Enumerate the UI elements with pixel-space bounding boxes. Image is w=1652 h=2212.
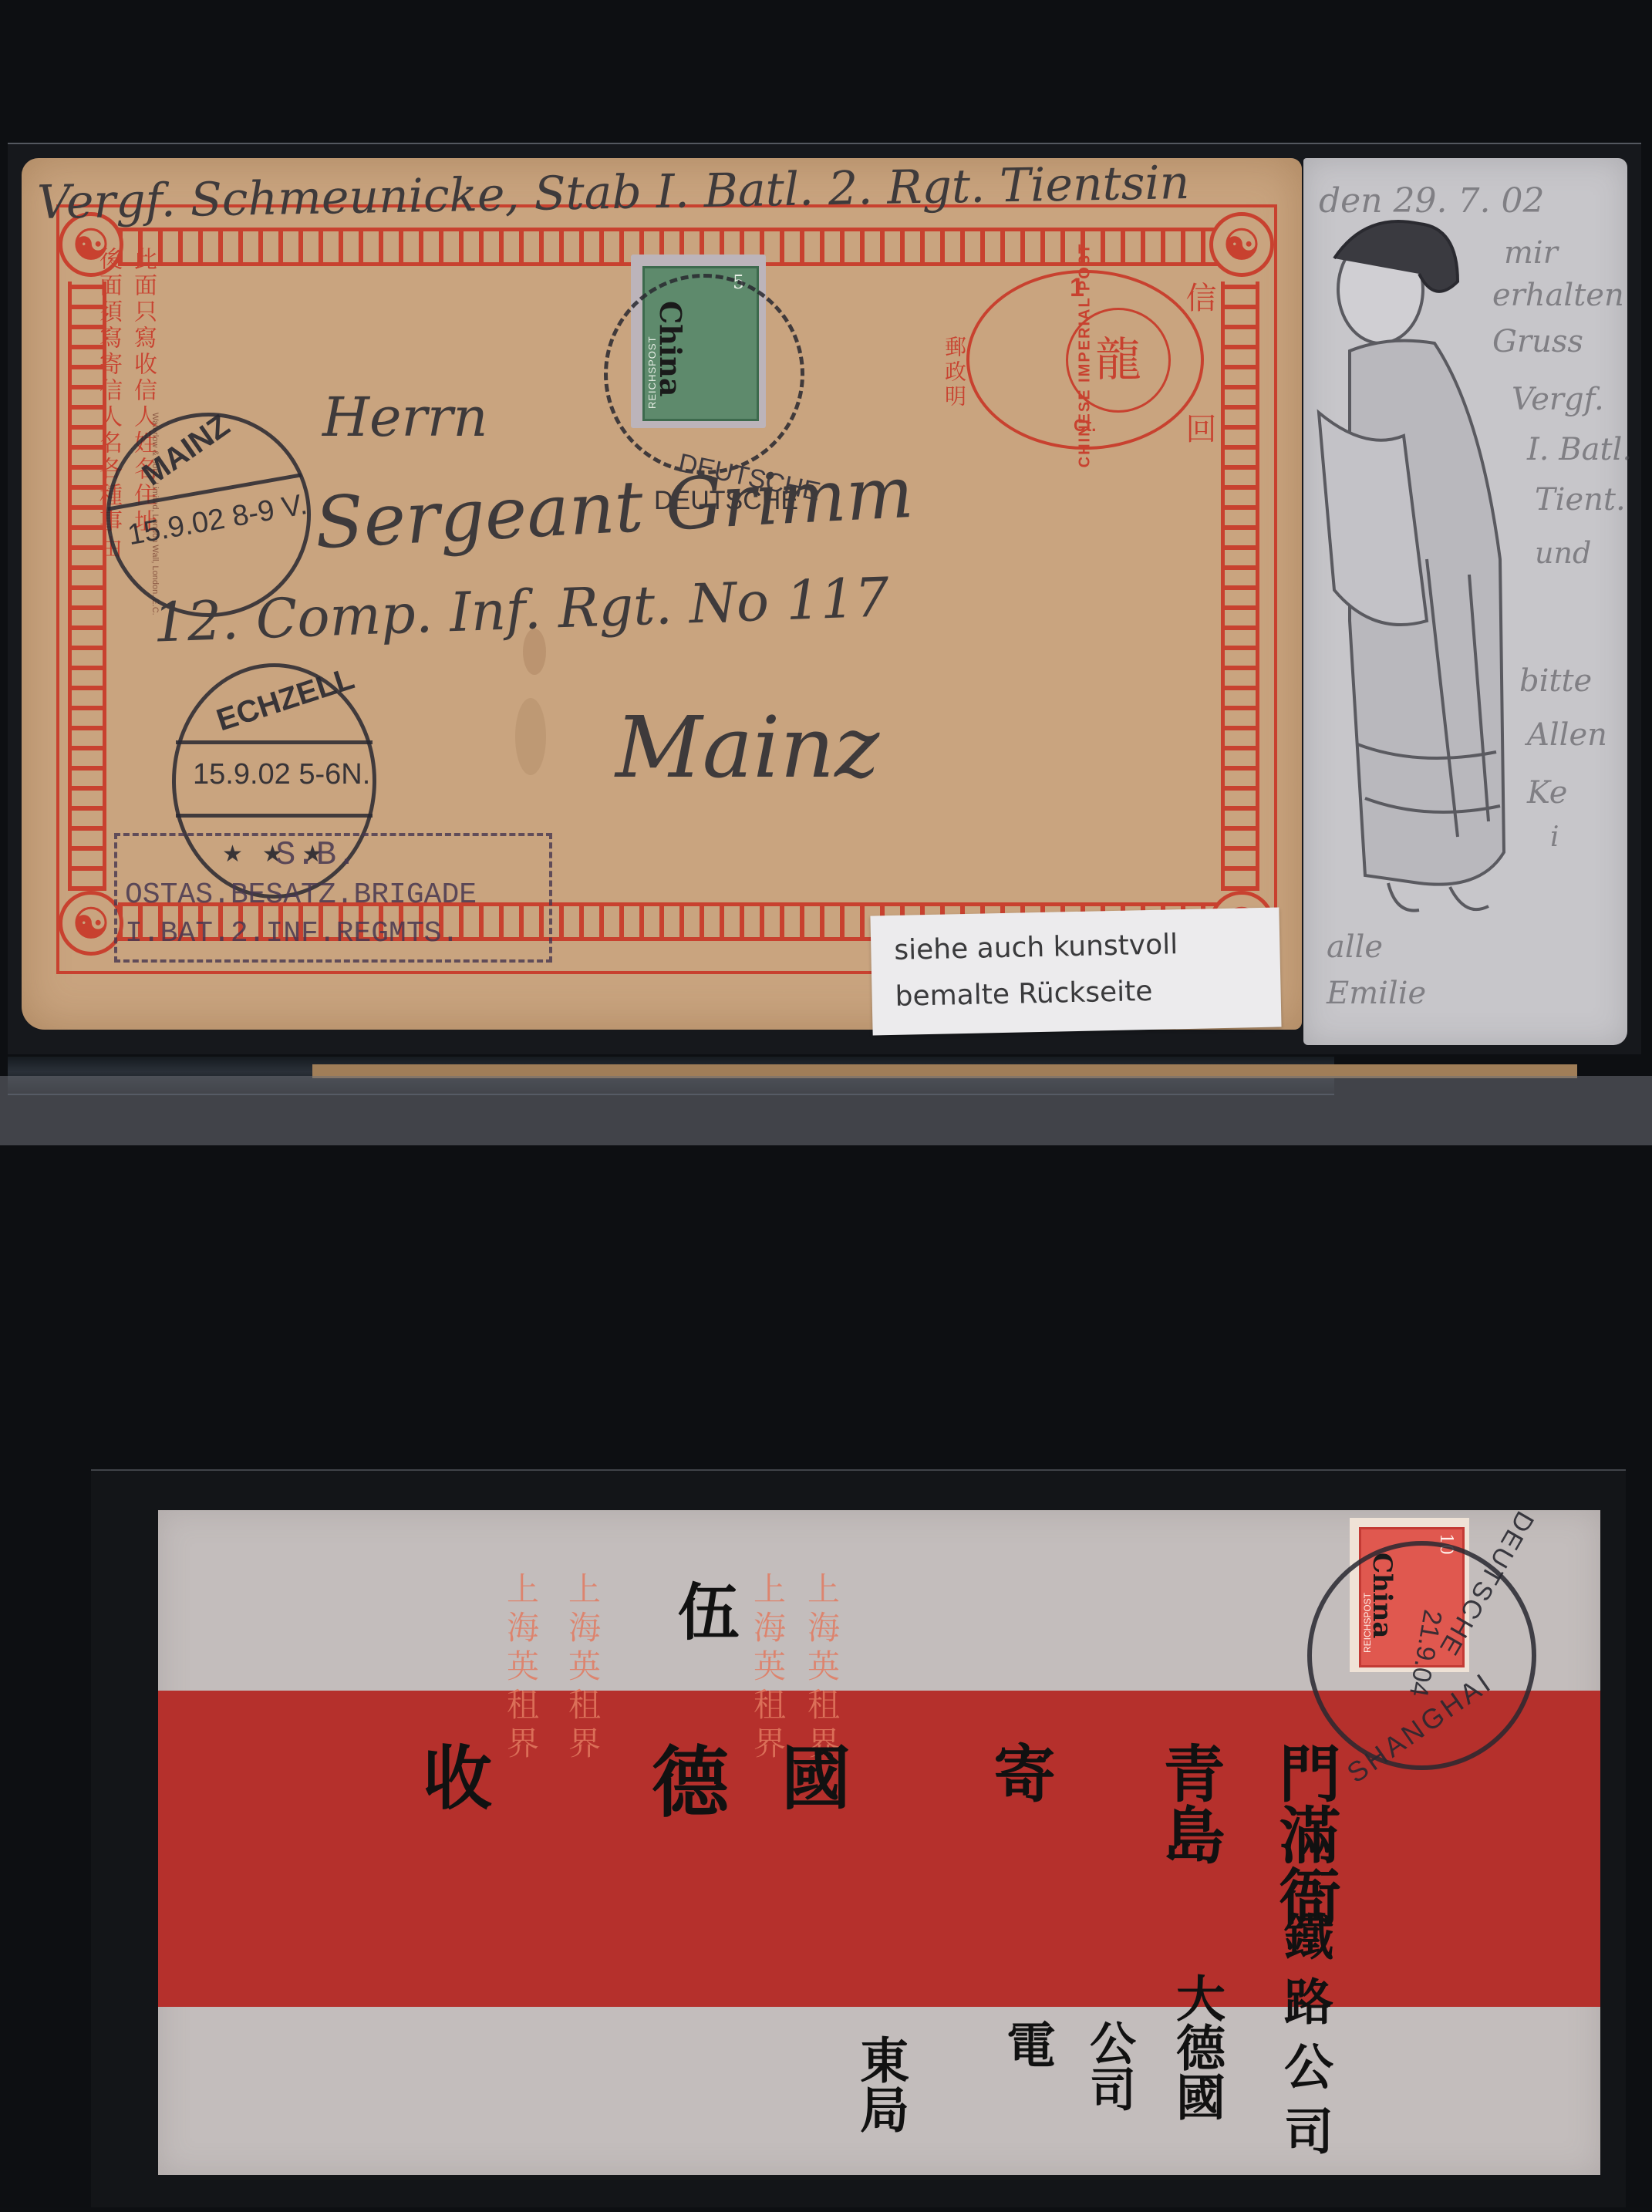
back-letter-line: erhalten bbox=[1492, 278, 1624, 313]
address-city: Mainz bbox=[615, 698, 879, 797]
band-calligraphy-col: 青島 bbox=[1145, 1742, 1234, 1865]
back-letter-line: alle bbox=[1327, 929, 1383, 965]
cachet-line2: OSTAS.BESATZ.BRIGADE bbox=[125, 878, 477, 912]
cachet-line3: I.BAT.2.INF.REGMTS. bbox=[125, 917, 459, 950]
addressee-calligraphy: 鐵路公司 bbox=[1269, 1911, 1340, 2170]
indicium-dragon: 龍 bbox=[1066, 308, 1171, 413]
back-letter-line: i bbox=[1550, 821, 1559, 853]
postmark-tientsin: DEUTSCHE bbox=[604, 274, 804, 474]
faint-printed-text: 上海英租界 bbox=[497, 1572, 544, 1765]
foxing-stain bbox=[515, 698, 546, 775]
back-letter-line: Allen bbox=[1527, 717, 1607, 753]
bottom-calligraphy: 東局 bbox=[845, 2035, 915, 2133]
band-calligraphy-col: 寄 bbox=[976, 1742, 1064, 1803]
back-letter-line: Ke bbox=[1527, 775, 1567, 811]
back-letter-line: Tient. bbox=[1535, 482, 1626, 518]
back-letter-line: den 29. 7. 02 bbox=[1319, 181, 1544, 221]
faint-printed-text: 上海英租界 bbox=[559, 1572, 605, 1765]
postmark-date-value: 15.9.02 bbox=[193, 758, 291, 791]
indicium-right-char-top: 信 bbox=[1182, 282, 1215, 315]
postmark-shanghai: SHANGHAI DEUTSCHE 21.9.04 bbox=[1307, 1541, 1536, 1770]
handwritten-note-slip: siehe auch kunstvoll bemalte Rückseite bbox=[870, 907, 1281, 1035]
back-letter-line: Vergf. bbox=[1512, 382, 1604, 417]
yin-yang-icon: ☯ bbox=[1209, 212, 1274, 277]
band-calligraphy-col: 德 bbox=[629, 1742, 740, 1819]
indicium-right-char-bottom: 回 bbox=[1182, 413, 1215, 447]
back-letter-line: und bbox=[1535, 536, 1591, 570]
bottom-calligraphy: 電 bbox=[991, 2019, 1062, 2069]
foxing-stain bbox=[523, 629, 546, 675]
faint-printed-text: 上海英租界 bbox=[744, 1572, 791, 1765]
greek-key-right bbox=[1221, 282, 1259, 891]
indicium-value: 1 bbox=[1070, 273, 1084, 303]
postmark-date: 21.9.04 bbox=[1403, 1607, 1448, 1699]
postmark-date: 15.9.02 5-6N. bbox=[193, 758, 370, 791]
note-line2: bemalte Rückseite bbox=[895, 976, 1153, 1013]
card-back-drawing: den 29. 7. 02 mir erhalten Gruss Vergf. … bbox=[1303, 158, 1627, 1045]
back-letter-line: I. Batl. bbox=[1527, 432, 1632, 467]
band-calligraphy-right: 門滿衙 bbox=[1261, 1742, 1350, 1927]
postmark-time-value: 8-9 V. bbox=[230, 488, 310, 533]
address-salutation: Herrn bbox=[322, 386, 487, 449]
ink-character-small: 伍 bbox=[659, 1580, 748, 1641]
bottom-calligraphy: 公司 bbox=[1076, 2019, 1142, 2112]
bottom-calligraphy: 大德國 bbox=[1161, 1973, 1232, 2121]
postmark-bar bbox=[176, 814, 373, 818]
postmark-bar bbox=[176, 740, 373, 744]
brigade-cachet: S.B. OSTAS.BESATZ.BRIGADE I.BAT.2.INF.RE… bbox=[114, 833, 552, 963]
cachet-line1: S.B. bbox=[275, 836, 357, 875]
postmark-date-value: 15.9.02 bbox=[125, 503, 227, 551]
chinese-imperial-post-indicium: CHINESE IMPERIAL POST 龍 1 Ct. bbox=[966, 270, 1204, 450]
back-letter-line: Emilie bbox=[1327, 976, 1426, 1011]
postmark-date: 15.9.02 8-9 V. bbox=[125, 488, 309, 552]
album-glare-band bbox=[0, 1076, 1652, 1145]
center-red-chars: 郵政明 bbox=[938, 336, 970, 410]
back-letter-line: mir bbox=[1504, 235, 1558, 271]
band-calligraphy-left: 收 bbox=[401, 1742, 501, 1811]
back-letter-line: bitte bbox=[1519, 663, 1592, 699]
faint-printed-text: 上海英租界 bbox=[798, 1572, 845, 1765]
indicium-unit: Ct. bbox=[1074, 416, 1096, 436]
red-band-cover: 上海英租界 上海英租界 上海英租界 上海英租界 伍 收 德 國 寄 青島 門滿衙… bbox=[158, 1510, 1600, 2175]
postcard-front: ☯ ☯ ☯ ☯ 此面只寫收信人姓名住址 後面須寫寄信人名各種事由 Waterlo… bbox=[22, 158, 1302, 1030]
postmark-town: ECHZELL bbox=[213, 662, 359, 739]
band-calligraphy-col: 國 bbox=[760, 1742, 860, 1811]
postmark-time-value: 5-6N. bbox=[298, 758, 370, 791]
back-letter-line: Gruss bbox=[1492, 324, 1583, 359]
note-line1: siehe auch kunstvoll bbox=[894, 929, 1178, 966]
